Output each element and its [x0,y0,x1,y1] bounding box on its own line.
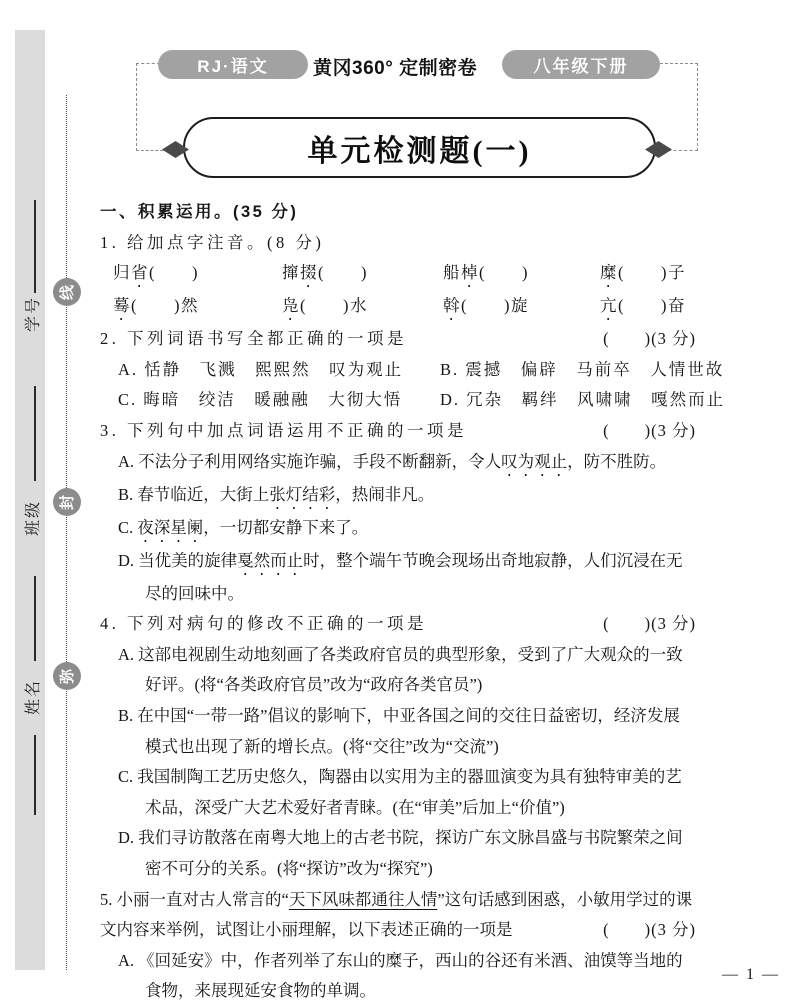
section-1-heading: 一、积累运用。(35 分) [100,197,696,228]
exam-paper-page: 学号 班级 姓名 线 封 弥 RJ·语文 黄冈360° 定制密卷 八年级下册 单… [0,0,790,1000]
exam-title-banner: 单元检测题(一) [183,117,656,178]
class-label: 班级 [20,486,40,550]
pinyin-item: 凫( )水 [282,291,443,324]
seal-stamp-xian: 线 [53,278,81,306]
seal-dotted-line [66,95,67,970]
question-5-stem: 5. 小丽一直对古人常言的“天下风味都通往人情”这句话感到困惑，小敏用学过的课文… [100,885,696,946]
dash-connector [660,63,698,64]
question-2-option-d: D. 冗杂 羁绊 风啸啸 嘎然而止 [440,385,725,416]
name-blank-line [34,576,36,661]
question-1-stem: 1. 给加点字注音。(8 分) [100,228,696,259]
question-3-score: ( )(3 分) [603,416,696,447]
question-2-option-b: B. 震撼 偏辟 马前卒 人情世故 [440,355,725,386]
question-3-option-b: B. 春节临近，大街上张灯结彩，热闹非凡。 [100,480,696,513]
student-id-blank-line [34,200,36,293]
page-number: — 1 — [722,966,780,984]
pinyin-item: 船棹( ) [443,258,600,291]
question-4-option-b: B. 在中国“一带一路”倡议的影响下，中亚各国之间的交往日益密切，经济发展模式也… [100,701,696,762]
question-2-options: A. 恬静 飞溅 熙熙然 叹为观止 B. 震撼 偏辟 马前卒 人情世故 C. 晦… [100,355,696,416]
question-3-stem: 3. 下列句中加点词语运用不正确的一项是 ( )(3 分) [100,416,696,447]
question-5-option-a: A. 《回延安》中，作者列举了东山的糜子，西山的谷还有米酒、油馍等当地的食物，来… [100,946,696,1000]
question-2-option-a: A. 恬静 飞溅 熙熙然 叹为观止 [118,355,440,386]
pinyin-item: 蓦( )然 [113,291,282,324]
seal-stamp-mi: 弥 [53,662,81,690]
question-2-option-c: C. 晦暗 绞洁 暖融融 大彻大悟 [118,385,440,416]
pinyin-item: 斡( )旋 [443,291,600,324]
name-blank-line-2 [34,735,36,815]
dash-connector [697,63,698,151]
question-4-option-a: A. 这部电视剧生动地刻画了各类政府官员的典型形象，受到了广大观众的一致好评。(… [100,640,696,701]
exam-title: 单元检测题(一) [308,126,532,170]
grade-badge: 八年级下册 [502,50,660,79]
name-label: 姓名 [20,665,40,729]
question-4-option-c: C. 我国制陶工艺历史悠久，陶器由以实用为主的器皿演变为具有独特审美的艺术品，深… [100,762,696,823]
question-4-score: ( )(3 分) [603,609,696,640]
underlined-quote: 天下风味都通往人情 [289,890,438,909]
dash-connector [668,150,698,151]
question-3-option-d: D. 当优美的旋律戛然而止时，整个端午节晚会现场出奇地寂静，人们沉浸在无尽的回味… [100,546,696,610]
question-1-items: 归省( ) 撺掇( ) 船棹( ) 糜( )子 蓦( )然 凫( )水 斡( )… [100,258,696,324]
exam-content: 一、积累运用。(35 分) 1. 给加点字注音。(8 分) 归省( ) 撺掇( … [100,197,696,1000]
question-3-option-a: A. 不法分子利用网络实施诈骗，手段不断翻新，令人叹为观止，防不胜防。 [100,447,696,480]
pinyin-item: 撺掇( ) [282,258,443,291]
question-4-stem: 4. 下列对病句的修改不正确的一项是 ( )(3 分) [100,609,696,640]
pinyin-item: 亢( )奋 [600,291,696,324]
question-3-option-c: C. 夜深星阑，一切都安静下来了。 [100,513,696,546]
class-blank-line [34,386,36,481]
series-title: 黄冈360° 定制密卷 [313,53,477,80]
pinyin-item: 糜( )子 [600,258,696,291]
question-5-score: ( )(3 分) [603,915,696,946]
dash-connector [136,63,160,64]
subject-badge: RJ·语文 [158,50,308,79]
pinyin-item: 归省( ) [113,258,282,291]
question-4-option-d: D. 我们寻访散落在南粤大地上的古老书院，探访广东文脉昌盛与书院繁荣之间密不可分… [100,823,696,884]
question-2-score: ( )(3 分) [603,324,696,355]
seal-stamp-feng: 封 [53,488,81,516]
student-id-label: 学号 [20,282,40,346]
dash-connector [136,63,137,151]
question-2-stem: 2. 下列词语书写全都正确的一项是 ( )(3 分) [100,324,696,355]
